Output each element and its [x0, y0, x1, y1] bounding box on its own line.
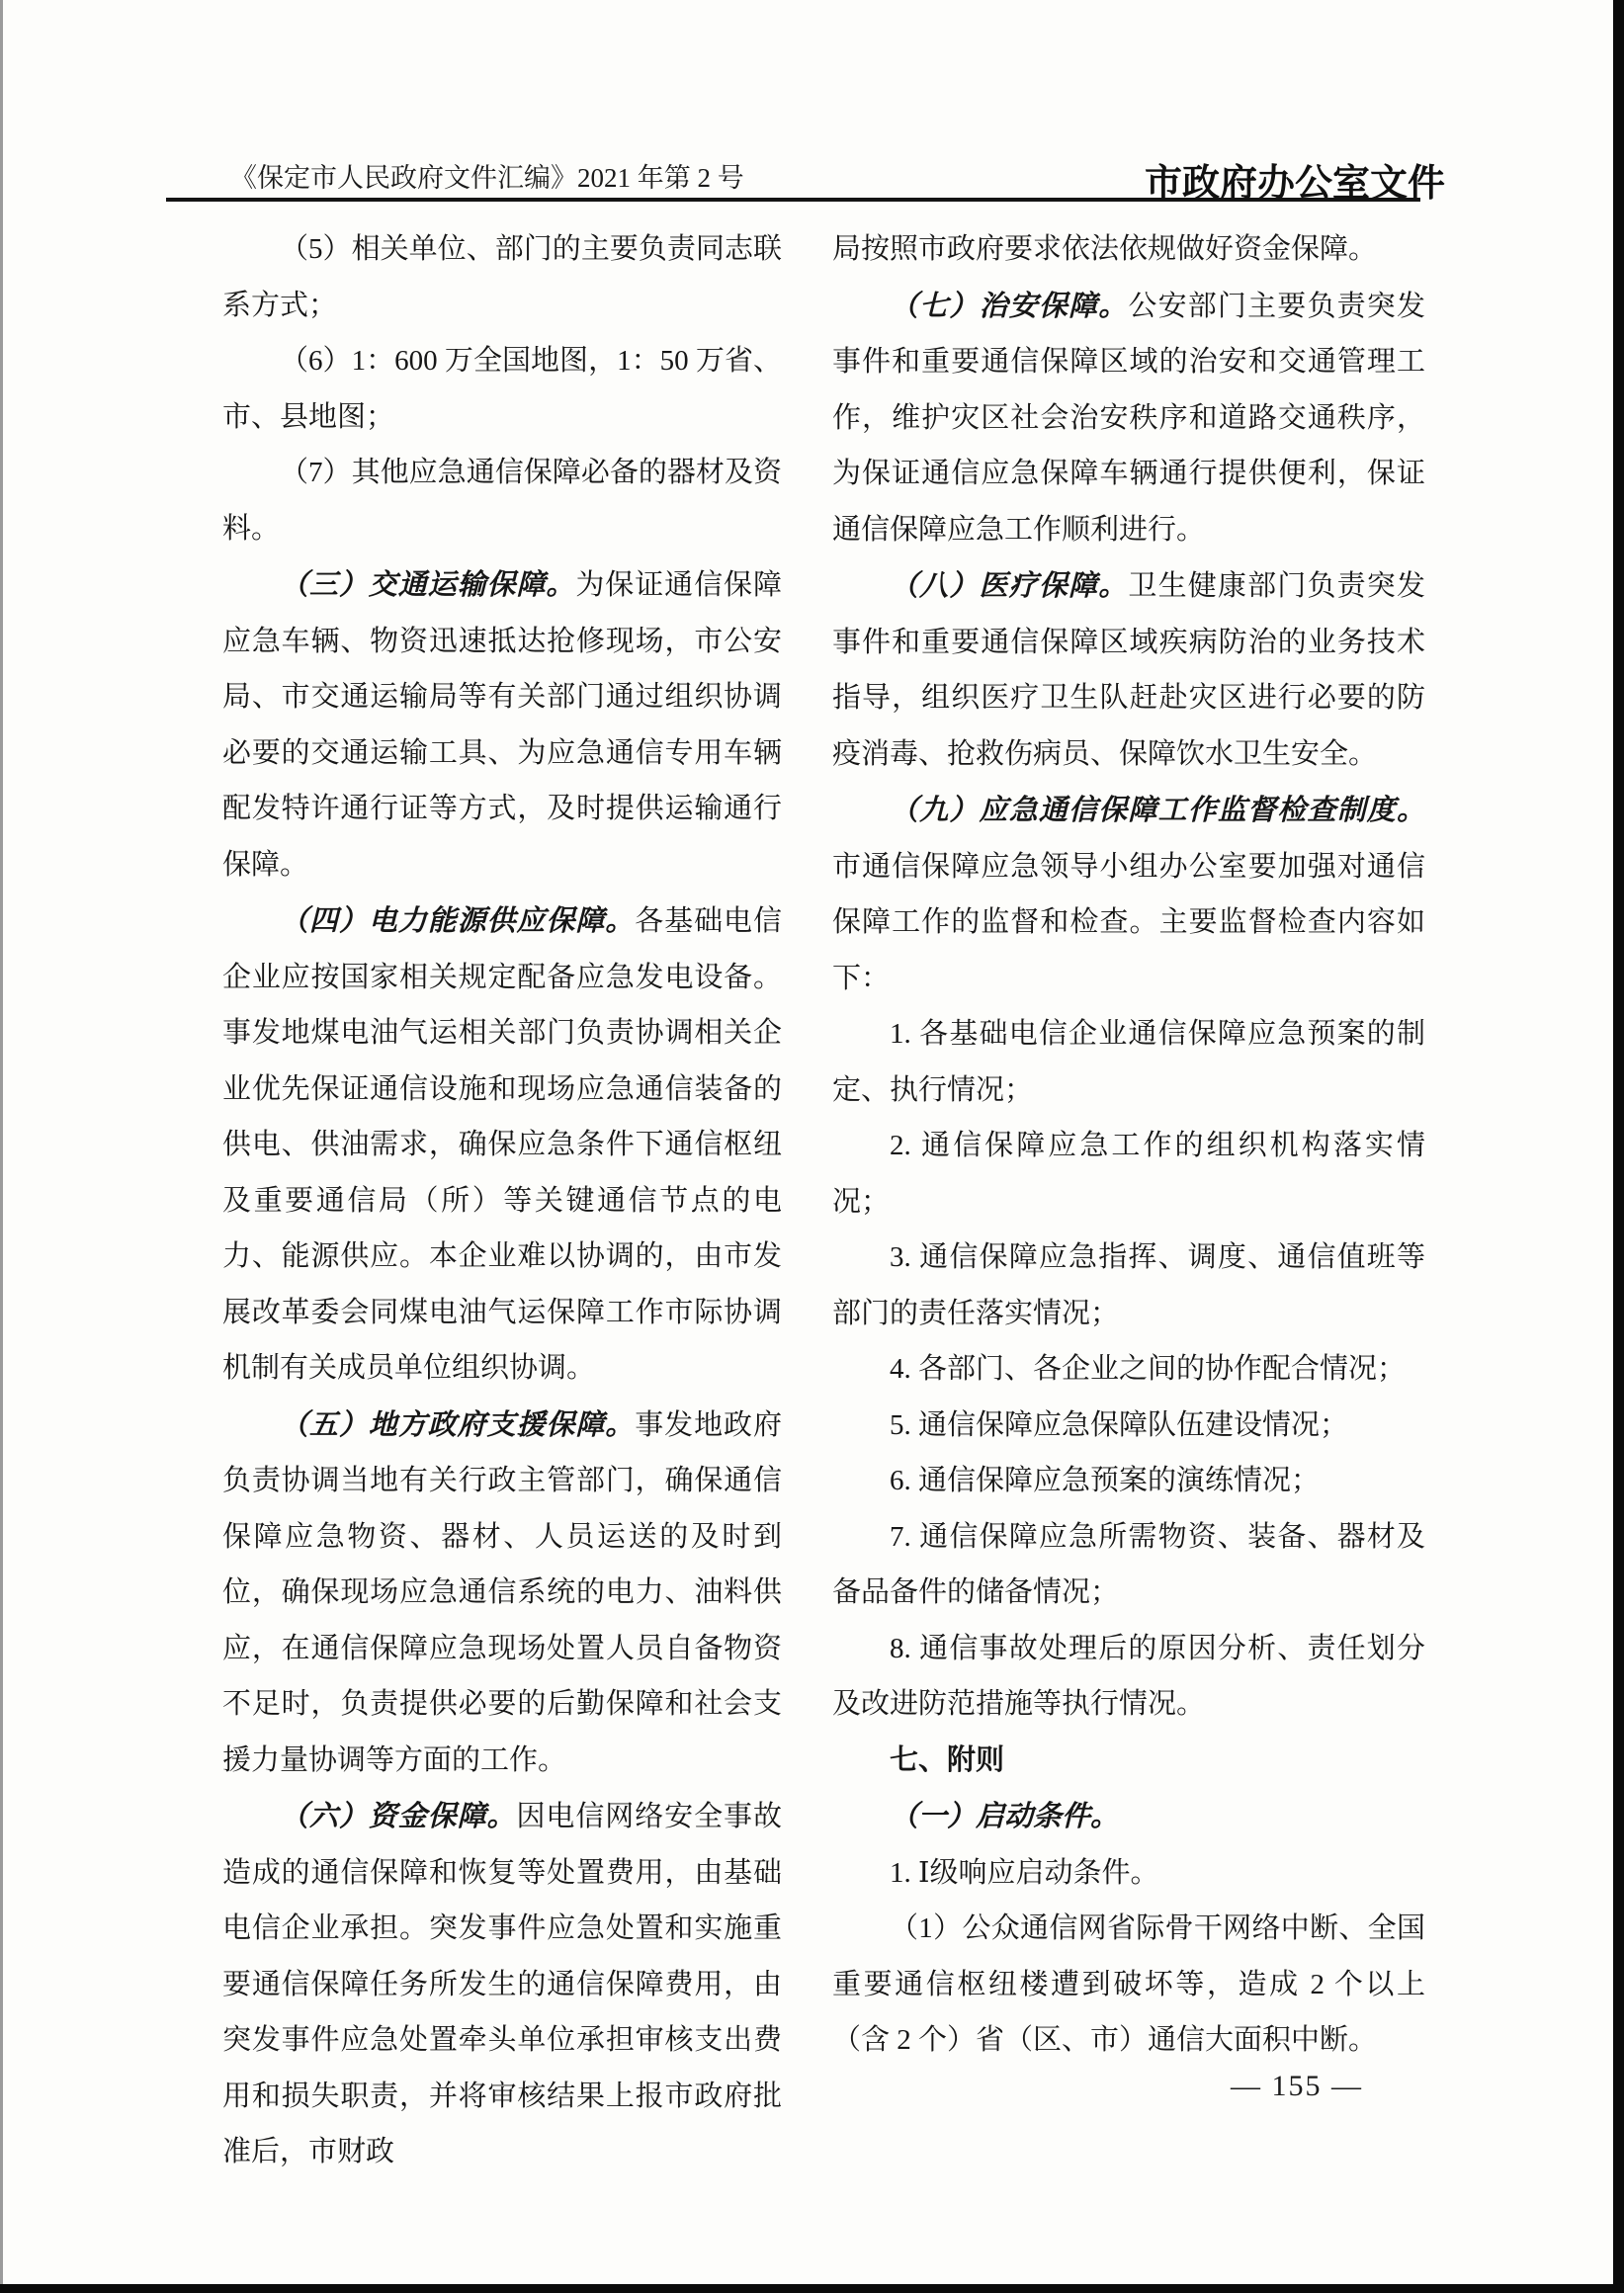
paragraph: （5）相关单位、部门的主要负责同志联系方式；	[222, 221, 782, 333]
column-left: （5）相关单位、部门的主要负责同志联系方式；（6）1：600 万全国地图，1：5…	[222, 221, 782, 2180]
body-text: 6. 通信保障应急预案的演练情况；	[890, 1465, 1320, 1496]
chapter-heading: 七、附则	[890, 1744, 1004, 1776]
paragraph: 5. 通信保障应急保障队伍建设情况；	[832, 1398, 1425, 1454]
scan-edge-left	[0, 0, 3, 2293]
body-text: 7. 通信保障应急所需物资、装备、器材及备品备件的储备情况；	[832, 1521, 1425, 1609]
section-heading: （四）电力能源供应保障。	[280, 903, 635, 937]
section-heading: （九）应急通信保障工作监督检查制度。	[890, 793, 1425, 826]
section-heading: （八）医疗保障。	[890, 568, 1128, 602]
paragraph: 3. 通信保障应急指挥、调度、通信值班等部门的责任落实情况；	[832, 1230, 1425, 1341]
section-heading: （五）地方政府支援保障。	[280, 1407, 635, 1441]
paragraph: （6）1：600 万全国地图，1：50 万省、市、县地图；	[222, 333, 782, 445]
body-text: 4. 各部门、各企业之间的协作配合情况；	[890, 1353, 1406, 1385]
body-text: 各基础电信企业应按国家相关规定配备应急发电设备。事发地煤电油气运相关部门负责协调…	[222, 905, 782, 1384]
paragraph: （七）治安保障。公安部门主要负责突发事件和重要通信保障区域的治安和交通管理工作，…	[832, 278, 1425, 558]
body-text: （5）相关单位、部门的主要负责同志联系方式；	[222, 233, 782, 321]
body-text: （1）公众通信网省际骨干网络中断、全国重要通信枢纽楼遭到破坏等，造成 2 个以上…	[832, 1912, 1425, 2056]
body-text: （6）1：600 万全国地图，1：50 万省、市、县地图；	[222, 345, 782, 433]
body-text: （7）其他应急通信保障必备的器材及资料。	[222, 457, 782, 545]
column-right: 局按照市政府要求依法依规做好资金保障。（七）治安保障。公安部门主要负责突发事件和…	[832, 221, 1425, 2069]
paragraph: 8. 通信事故处理后的原因分析、责任划分及改进防范措施等执行情况。	[832, 1621, 1425, 1733]
body-text: 事发地政府负责协调当地有关行政主管部门，确保通信保障应急物资、器材、人员运送的及…	[222, 1409, 782, 1776]
scan-edge-bottom	[0, 2284, 1624, 2293]
body-text: 局按照市政府要求依法依规做好资金保障。	[832, 233, 1377, 265]
body-text: 8. 通信事故处理后的原因分析、责任划分及改进防范措施等执行情况。	[832, 1633, 1425, 1721]
body-text: 2. 通信保障应急工作的组织机构落实情况；	[832, 1130, 1425, 1218]
body-text: 5. 通信保障应急保障队伍建设情况；	[890, 1409, 1348, 1441]
paragraph: 7. 通信保障应急所需物资、装备、器材及备品备件的储备情况；	[832, 1509, 1425, 1621]
section-heading: （三）交通运输保障。	[280, 567, 575, 601]
paragraph: （六）资金保障。因电信网络安全事故造成的通信保障和恢复等处置费用，由基础电信企业…	[222, 1788, 782, 2180]
paragraph: 1. 各基础电信企业通信保障应急预案的制定、执行情况；	[832, 1006, 1425, 1118]
page-number: — 155 —	[1231, 2070, 1363, 2103]
body-text: 公安部门主要负责突发事件和重要通信保障区域的治安和交通管理工作，维护灾区社会治安…	[832, 291, 1425, 546]
paragraph: 2. 通信保障应急工作的组织机构落实情况；	[832, 1118, 1425, 1230]
scanned-document-page: { "document": { "header": { "left_title"…	[0, 0, 1624, 2293]
section-heading: （七）治安保障。	[890, 289, 1128, 322]
paragraph: （八）医疗保障。卫生健康部门负责突发事件和重要通信保障区域疾病防治的业务技术指导…	[832, 557, 1425, 782]
paragraph: 6. 通信保障应急预案的演练情况；	[832, 1453, 1425, 1509]
body-text: 3. 通信保障应急指挥、调度、通信值班等部门的责任落实情况；	[832, 1241, 1425, 1329]
paragraph: 1. Ⅰ级响应启动条件。	[832, 1845, 1425, 1902]
body-text: 为保证通信保障应急车辆、物资迅速抵达抢修现场，市公安局、市交通运输局等有关部门通…	[222, 569, 782, 881]
paragraph: （7）其他应急通信保障必备的器材及资料。	[222, 445, 782, 556]
paragraph: （五）地方政府支援保障。事发地政府负责协调当地有关行政主管部门，确保通信保障应急…	[222, 1397, 782, 1789]
body-text: 1. Ⅰ级响应启动条件。	[890, 1857, 1158, 1889]
section-heading: （一）启动条件。	[890, 1799, 1119, 1832]
paragraph: 4. 各部门、各企业之间的协作配合情况；	[832, 1341, 1425, 1398]
paragraph: （九）应急通信保障工作监督检查制度。市通信保障应急领导小组办公室要加强对通信保障…	[832, 782, 1425, 1006]
header-compilation-title: 《保定市人民政府文件汇编》2021 年第 2 号	[230, 156, 744, 195]
paragraph: （四）电力能源供应保障。各基础电信企业应按国家相关规定配备应急发电设备。事发地煤…	[222, 892, 782, 1397]
paragraph: （1）公众通信网省际骨干网络中断、全国重要通信枢纽楼遭到破坏等，造成 2 个以上…	[832, 1901, 1425, 2069]
header-rule	[166, 198, 1420, 202]
paragraph: （三）交通运输保障。为保证通信保障应急车辆、物资迅速抵达抢修现场，市公安局、市交…	[222, 556, 782, 892]
body-text: 1. 各基础电信企业通信保障应急预案的制定、执行情况；	[832, 1018, 1425, 1106]
paragraph: 七、附则	[832, 1733, 1425, 1789]
paragraph: （一）启动条件。	[832, 1788, 1425, 1845]
body-text: 市通信保障应急领导小组办公室要加强对通信保障工作的监督和检查。主要监督检查内容如…	[832, 851, 1425, 994]
body-text: 因电信网络安全事故造成的通信保障和恢复等处置费用，由基础电信企业承担。突发事件应…	[222, 1801, 782, 2167]
section-heading: （六）资金保障。	[280, 1799, 517, 1832]
paragraph: 局按照市政府要求依法依规做好资金保障。	[832, 221, 1425, 278]
scan-edge-right	[1613, 0, 1624, 2293]
